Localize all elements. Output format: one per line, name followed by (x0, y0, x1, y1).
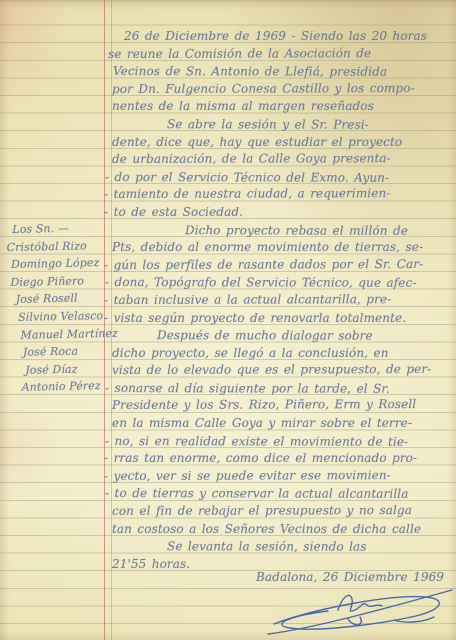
manuscript-line: Se abre la sesión y el Sr. Presi- (105, 116, 455, 134)
manuscript-line: de urbanización, de la Calle Goya presen… (104, 150, 454, 169)
margin-name: José Roca (7, 342, 111, 362)
manuscript-line: - taban inclusive a la actual alcantaril… (104, 291, 454, 310)
manuscript-line: en la misma Calle Goya y mirar sobre el … (104, 415, 454, 433)
manuscript-line: 26 de Diciembre de 1969 - Siendo las 20 … (104, 28, 454, 46)
margin-name: Domingo López (5, 254, 109, 274)
manuscript-line: Vecinos de Sn. Antonio de Llefiá, presid… (105, 63, 455, 81)
manuscript-line: - to de esta Sociedad. (104, 204, 454, 222)
margin-name: Cristóbal Rizo (5, 237, 109, 257)
margin-name: Diego Piñero (5, 272, 109, 292)
minutes-body: 26 de Diciembre de 1969 - Siendo las 20 … (104, 28, 454, 573)
manuscript-line: - rras tan enorme, como dice el menciona… (104, 450, 454, 468)
manuscript-line: se reune la Comisión de la Asociación de (104, 44, 454, 63)
manuscript-line: - yecto, ver si se puede evitar ese movi… (104, 467, 454, 486)
manuscript-line: Pts, debido al enorme movimiento de tier… (104, 239, 454, 257)
manuscript-line: - dona, Topógrafo del Servicio Técnico, … (105, 274, 455, 292)
manuscript-line: tan costoso a los Señores Vecinos de dic… (104, 521, 454, 539)
manuscript-line: - tamiento de nuestra ciudad, a requerim… (104, 185, 454, 204)
margin-attendee-list: Los Sn. — Cristóbal Rizo Domingo López D… (4, 219, 112, 397)
manuscript-line: dicho proyecto, se llegó a la conclusión… (104, 345, 454, 363)
margin-name: José Rosell (6, 289, 110, 309)
manuscript-line: por Dn. Fulgencio Conesa Castillo y los … (104, 80, 454, 99)
manuscript-line: - gún los perfiles de rasante dados por … (104, 256, 454, 275)
manuscript-line: vista de lo elevado que es el presupuest… (104, 361, 454, 380)
manuscript-line: - vista según proyecto de renovarla tota… (104, 310, 454, 328)
document-page: Los Sn. — Cristóbal Rizo Domingo López D… (0, 0, 456, 640)
manuscript-line: dente, dice que, hay que estudiar el pro… (104, 134, 454, 152)
margin-name: Silvino Velasco (6, 307, 110, 327)
manuscript-line: - no, si en realidad existe el movimient… (105, 433, 455, 451)
margin-name: Antonio Pérez (7, 377, 111, 397)
margin-name: Manuel Martínez (6, 324, 110, 344)
signature-flourish (266, 580, 456, 640)
manuscript-line: Después de mucho dialogar sobre (105, 327, 455, 345)
margin-name: José Díaz (7, 360, 111, 380)
manuscript-line: nentes de la misma al margen reseñados (104, 98, 454, 116)
margin-name: Los Sn. — (4, 219, 108, 239)
manuscript-line: Dicho proyecto rebasa el millón de (105, 222, 455, 240)
manuscript-line: Se levanta la sesión, siendo las (105, 538, 455, 556)
manuscript-line: Presidente y los Srs. Rizo, Piñero, Erm … (104, 396, 454, 415)
manuscript-line: con el fin de rebajar el presupuesto y n… (104, 502, 454, 521)
